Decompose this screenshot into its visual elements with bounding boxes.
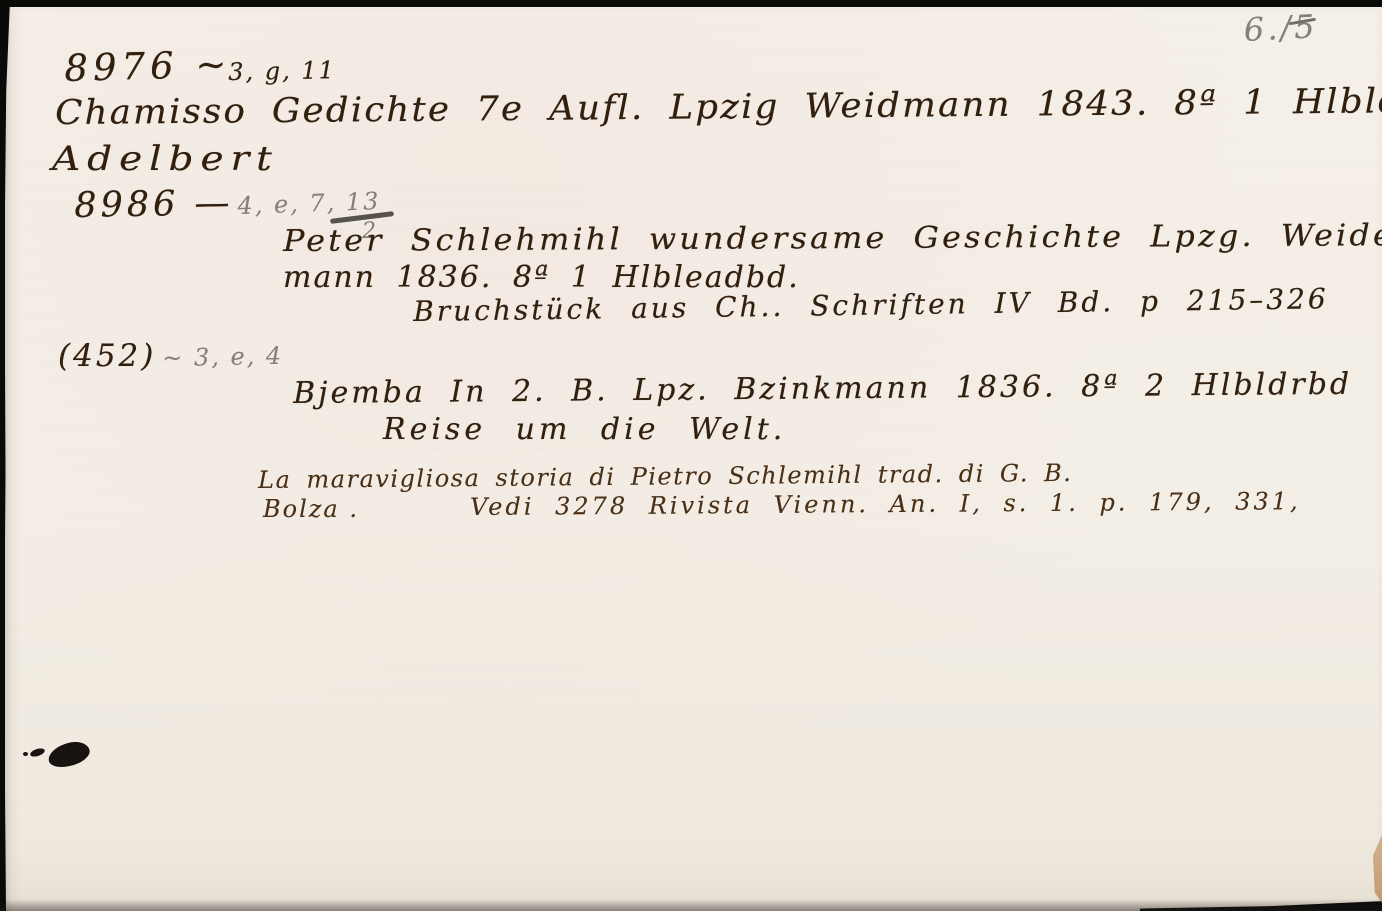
ink-blot-speck (23, 752, 28, 756)
entry3-location-codes-pencil: ~ 3, e, 4 (162, 344, 283, 371)
scan-edge-top (0, 0, 1382, 7)
page-number-pencil: 6./5 (1243, 10, 1318, 47)
scanned-document-page: 6./5 8976 ~ 3, g, 11 Chamisso Gedichte 7… (0, 0, 1382, 911)
entry4-translator-name: Bolza . (263, 497, 359, 522)
entry2-shelfmark: 8986 — (74, 185, 234, 225)
entry4-reference-citation: Vedi 3278 Rivista Vienn. An. I, s. 1. p.… (470, 489, 1301, 520)
entry1-shelfmark: 8976 ~ (64, 46, 232, 89)
paper-bottom-shadow (0, 899, 1382, 911)
entry1-location-codes: 3, g, 11 (228, 58, 336, 85)
entry2-title-line1: Peter Schlehmihl wundersame Geschichte L… (283, 220, 1382, 257)
entry3-title-line2: Reise um die Welt. (383, 414, 786, 446)
entry1-author-forename: Adelbert (52, 142, 279, 178)
entry3-shelfmark: (452) (58, 340, 156, 373)
entry2-title-line2: mann 1836. 8ª 1 Hlbleadbd. (283, 262, 800, 294)
